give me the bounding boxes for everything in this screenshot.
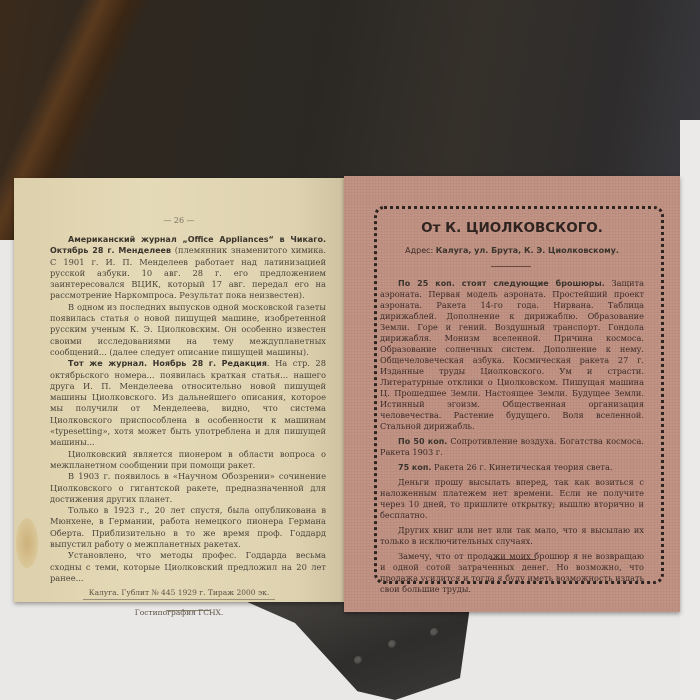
- light-background: [680, 120, 700, 700]
- imprint-line-1: Калуга. Гублит № 445 1929 г. Тираж 2000 …: [83, 588, 275, 600]
- rivet-icon: [430, 628, 439, 637]
- imprint-line-2: Гостипография ГСНХ.: [14, 608, 344, 617]
- paragraph-heading: 75 коп.: [398, 463, 431, 472]
- paragraph: В одном из последних выпусков одной моск…: [50, 302, 326, 358]
- imprint: Калуга. Гублит № 445 1929 г. Тираж 2000 …: [14, 588, 344, 625]
- paragraph: Установлено, что методы профес. Годдарда…: [50, 550, 326, 584]
- left-page-body: Американский журнал „Office Appliances“ …: [50, 234, 326, 611]
- paragraph-text: Ракета 26 г. Кинетическая теория света.: [431, 462, 612, 472]
- rivet-icon: [388, 640, 397, 649]
- paragraph: Других книг или нет или так мало, что я …: [380, 525, 644, 547]
- paragraph: В 1903 г. появилось в «Научном Обозрении…: [50, 471, 326, 505]
- paragraph-text: В 1903 г. появилось в «Научном Обозрении…: [50, 471, 326, 504]
- paragraph-heading: Тот же журнал. Ноябрь 28 г. Редакция: [68, 359, 267, 368]
- paragraph: По 50 коп. Сопротивление воздуха. Богатс…: [380, 436, 644, 458]
- rivet-icon: [354, 656, 363, 665]
- paragraph-text: Деньги прошу высылать вперед, так как во…: [380, 477, 644, 520]
- paragraph: Американский журнал „Office Appliances“ …: [50, 234, 326, 302]
- paragraph-text: Только в 1923 г., 20 лет спустя, была оп…: [50, 505, 326, 549]
- paper-stain: [16, 518, 38, 568]
- paragraph-text: В одном из последних выпусков одной моск…: [50, 302, 326, 357]
- paragraph: Циолковский является пионером в области …: [50, 449, 326, 472]
- paragraph-text: Защита аэроната. Первая модель аэроната.…: [380, 278, 644, 431]
- address-label: Адрес:: [405, 246, 436, 255]
- page-title: От К. ЦИОЛКОВСКОГО.: [344, 220, 680, 236]
- paragraph: 75 коп. Ракета 26 г. Кинетическая теория…: [380, 462, 644, 473]
- paragraph: Замечу, что от продажи моих брошюр я не …: [380, 551, 644, 595]
- paragraph: По 25 коп. стоят следующие брошюры. Защи…: [380, 278, 644, 432]
- address-value: Калуга, ул. Брута, К. Э. Циолковскому.: [436, 246, 619, 255]
- left-page: — 26 — Американский журнал „Office Appli…: [14, 178, 344, 602]
- address-line: Адрес: Калуга, ул. Брута, К. Э. Циолковс…: [344, 246, 680, 255]
- paragraph-text: Других книг или нет или так мало, что я …: [380, 525, 644, 546]
- right-page-body: По 25 коп. стоят следующие брошюры. Защи…: [380, 278, 644, 599]
- divider: [491, 266, 531, 267]
- page-number: — 26 —: [14, 216, 344, 225]
- right-page: От К. ЦИОЛКОВСКОГО. Адрес: Калуга, ул. Б…: [344, 176, 680, 612]
- paragraph-heading: По 50 коп.: [398, 437, 447, 446]
- paragraph: Деньги прошу высылать вперед, так как во…: [380, 477, 644, 521]
- paragraph: Только в 1923 г., 20 лет спустя, была оп…: [50, 505, 326, 550]
- paragraph: Тот же журнал. Ноябрь 28 г. Редакция. На…: [50, 358, 326, 448]
- paragraph-text: Установлено, что методы профес. Годдарда…: [50, 550, 326, 583]
- divider: [490, 559, 536, 560]
- paragraph-heading: По 25 коп. стоят следующие брошюры.: [398, 279, 605, 288]
- paragraph-text: . На стр. 28 октябрьского номера... появ…: [50, 358, 326, 447]
- paragraph-text: Замечу, что от продажи моих брошюр я не …: [380, 551, 644, 594]
- paragraph-text: Циолковский является пионером в области …: [50, 449, 326, 470]
